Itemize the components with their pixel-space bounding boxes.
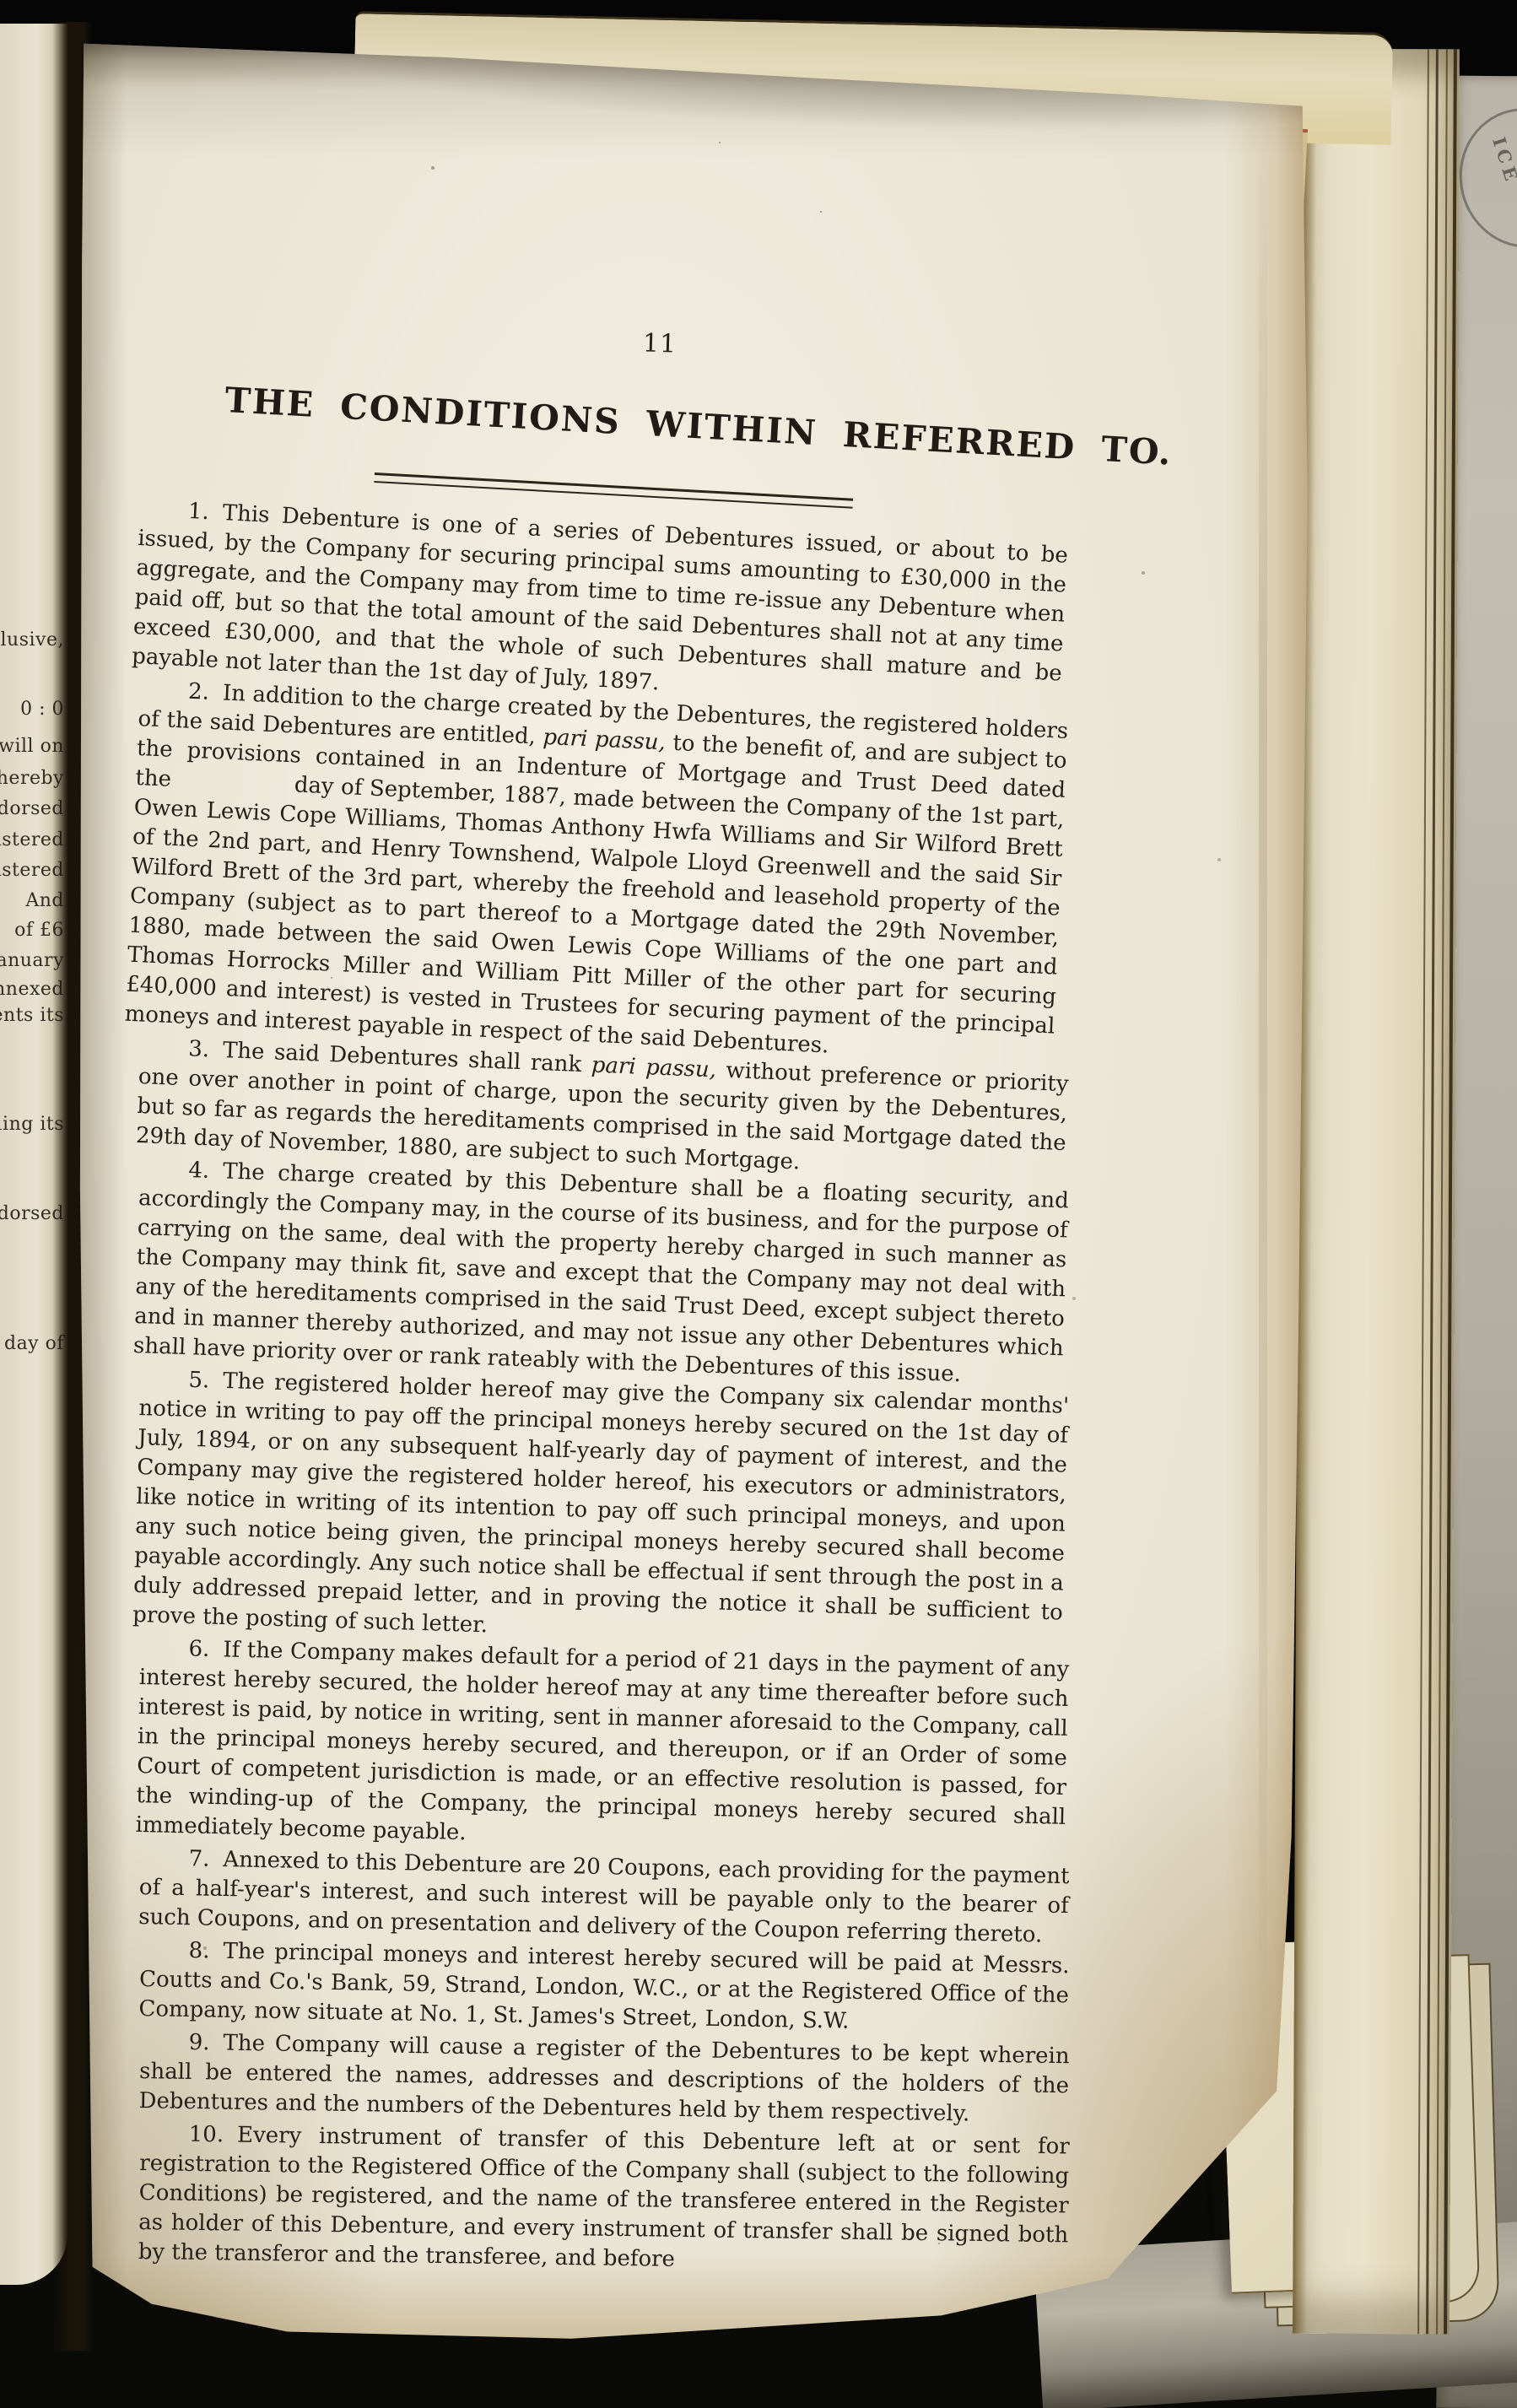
condition-paragraph: 4.The charge created by this Debenture s…: [132, 1154, 1069, 1393]
paragraph-number: 2.: [187, 679, 223, 706]
paragraph-text: Annexed to this Debenture are 20 Coupons…: [138, 1847, 1070, 1947]
page-number: 11: [601, 327, 720, 360]
paragraph-number: 1.: [187, 499, 223, 526]
condition-paragraph: 10.Every instrument of transfer of this …: [138, 2119, 1070, 2280]
paragraph-number: 5.: [188, 1368, 224, 1394]
paragraph-text: to the benefit of, and are subject to th…: [124, 730, 1067, 1058]
paragraph-text: If the Company makes default for a perio…: [135, 1637, 1069, 1845]
aging-streak: [1259, 133, 1267, 2074]
book-scan-scene: ICE nclusive,0 : 0will ons herebyndorsed…: [0, 0, 1517, 2408]
paragraph-number: 6.: [188, 1636, 224, 1662]
condition-paragraph: 9.The Company will cause a register of t…: [138, 2027, 1070, 2130]
paragraph-text: The charge created by this Debenture sha…: [133, 1158, 1070, 1387]
condition-paragraph: 6.If the Company makes default for a per…: [135, 1633, 1069, 1862]
condition-paragraph: 2.In addition to the charge created by t…: [124, 675, 1069, 1072]
paragraph-number: 4.: [188, 1158, 224, 1184]
condition-paragraph: 5.The registered holder hereof may give …: [132, 1364, 1070, 1658]
paragraph-number: 8.: [188, 1938, 223, 1964]
paragraph-text: This Debenture is one of a series of Deb…: [132, 500, 1069, 695]
paragraph-number: 7.: [188, 1846, 223, 1872]
latin-phrase: pari passu,: [543, 725, 667, 756]
paragraph-text: The principal moneys and interest hereby…: [138, 1939, 1070, 2034]
paragraph-number: 10.: [189, 2122, 238, 2148]
paragraph-text: Every instrument of transfer of this Deb…: [138, 2123, 1070, 2272]
right-page-edges: [1293, 49, 1460, 2335]
paragraph-text: The registered holder hereof may give th…: [132, 1369, 1070, 1638]
conditions-text: 1.This Debenture is one of a series of D…: [140, 494, 1070, 2270]
paragraph-number: 3.: [188, 1036, 224, 1063]
page-edge-line: [1426, 49, 1439, 2334]
condition-paragraph: 7.Annexed to this Debenture are 20 Coupo…: [138, 1844, 1070, 1951]
document-page: 11 THE CONDITIONS WITHIN REFERRED TO. 1.…: [78, 32, 1311, 2346]
condition-paragraph: 8.The principal moneys and interest here…: [138, 1936, 1070, 2040]
page-heading: THE CONDITIONS WITHIN REFERRED TO.: [224, 380, 1093, 468]
paragraph-number: 9.: [188, 2030, 223, 2056]
latin-phrase: pari passu,: [591, 1053, 716, 1083]
paragraph-text: The Company will cause a register of the…: [138, 2031, 1069, 2127]
